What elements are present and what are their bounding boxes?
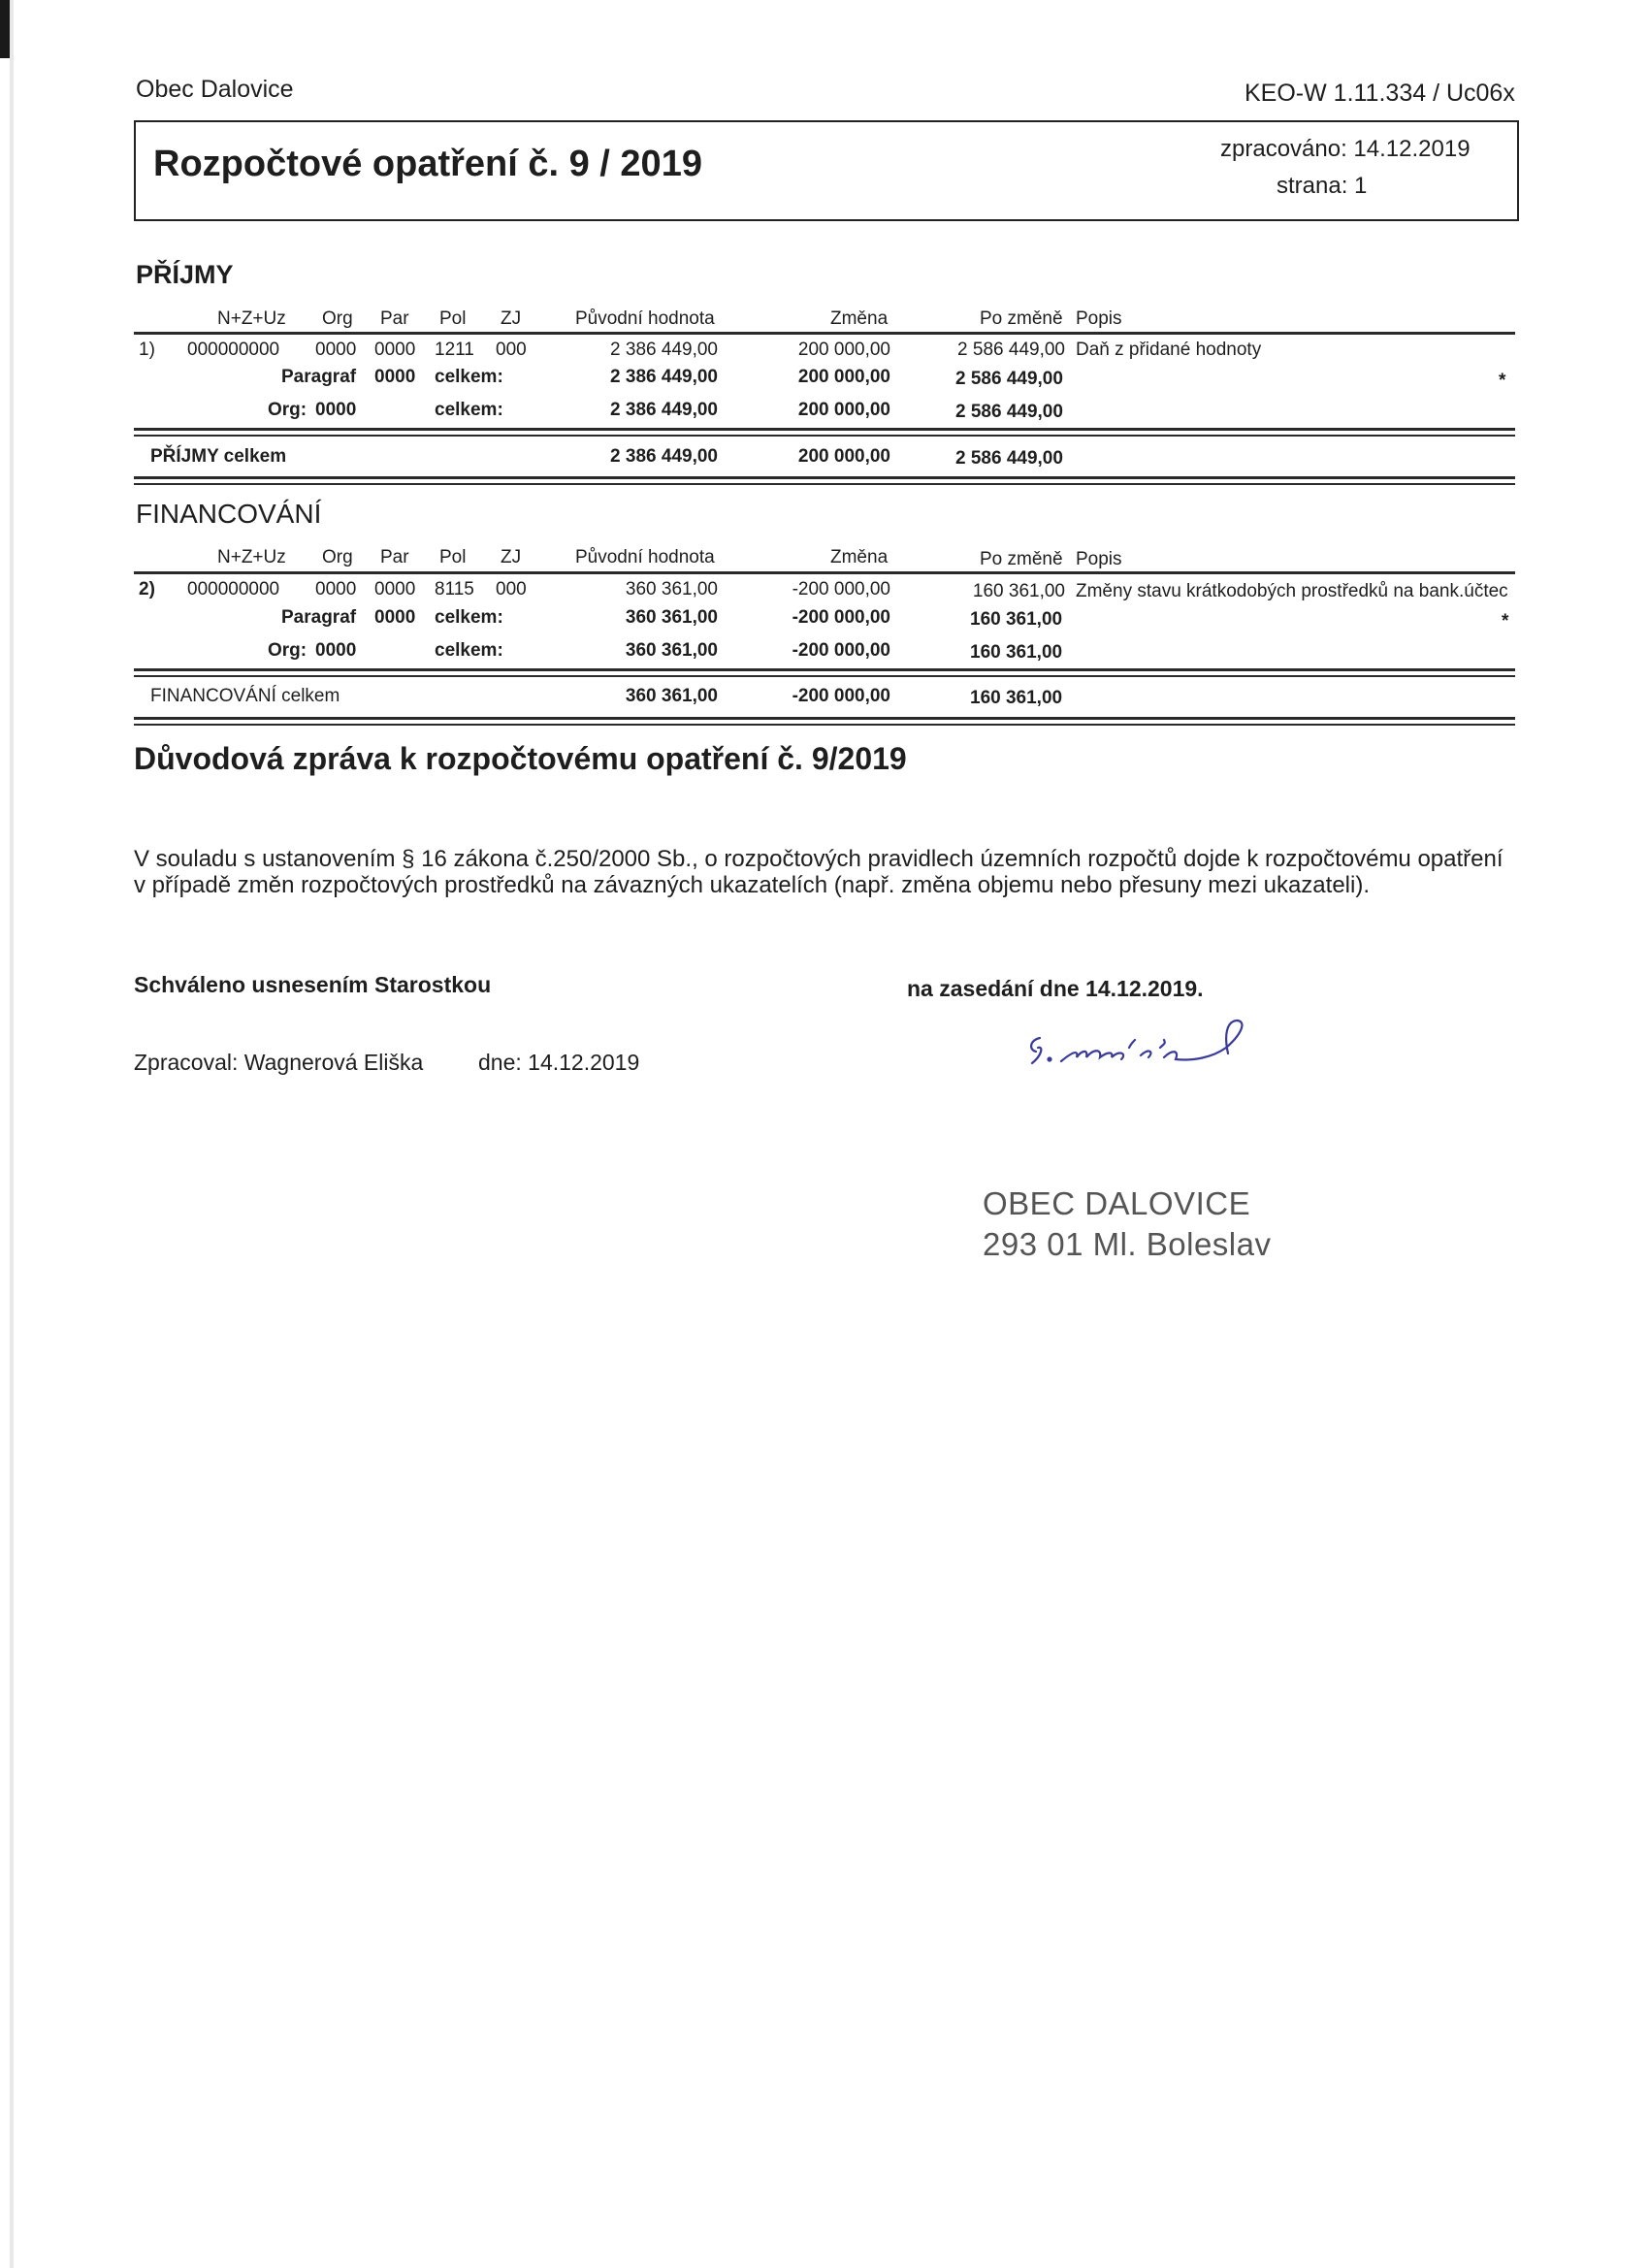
- paragraf-code: 0000: [374, 607, 415, 629]
- row-zj: 000: [496, 340, 527, 361]
- col-zj: ZJ: [501, 308, 521, 330]
- section-total-after: 2 586 449,00: [955, 448, 1063, 470]
- org-original: 360 361,00: [543, 640, 718, 662]
- paragraf-change: -200 000,00: [718, 607, 890, 629]
- divider: [134, 483, 1515, 485]
- celkem-label: celkem:: [435, 640, 503, 662]
- processed-date: zpracováno: 14.12.2019: [1220, 136, 1471, 163]
- org-change: -200 000,00: [718, 640, 890, 662]
- col-change: Změna: [830, 547, 888, 568]
- col-original: Původní hodnota: [575, 547, 715, 568]
- section-total-change: -200 000,00: [718, 686, 890, 707]
- col-org: Org: [322, 308, 353, 330]
- org-label: Org:: [268, 400, 307, 421]
- section-total-change: 200 000,00: [718, 446, 890, 468]
- paragraf-after: 2 586 449,00: [955, 369, 1063, 390]
- row-par: 0000: [374, 340, 415, 361]
- paragraf-original: 2 386 449,00: [543, 367, 718, 388]
- col-after: Po změně: [980, 308, 1063, 330]
- divider: [134, 428, 1515, 431]
- row-nzuz: 000000000: [187, 579, 279, 600]
- row-index: 2): [139, 579, 155, 600]
- col-change: Změna: [830, 308, 888, 330]
- row-org: 0000: [315, 579, 356, 600]
- section-total-after: 160 361,00: [970, 688, 1062, 709]
- stamp-line2: 293 01 Ml. Boleslav: [983, 1226, 1272, 1263]
- row-change: 200 000,00: [718, 340, 890, 361]
- col-description: Popis: [1076, 549, 1122, 570]
- row-original: 360 361,00: [543, 579, 718, 600]
- organization-name: Obec Dalovice: [136, 76, 294, 104]
- row-after: 2 586 449,00: [890, 340, 1065, 361]
- row-change: -200 000,00: [718, 579, 890, 600]
- org-after: 160 361,00: [970, 642, 1062, 664]
- org-after: 2 586 449,00: [955, 402, 1063, 423]
- col-org: Org: [322, 547, 353, 568]
- paragraf-label: Paragraf: [281, 367, 356, 388]
- meeting-date: na zasedání dne 14.12.2019.: [907, 976, 1204, 1002]
- celkem-label: celkem:: [435, 400, 503, 421]
- col-par: Par: [380, 547, 409, 568]
- org-code: 0000: [315, 400, 356, 421]
- divider: [134, 717, 1515, 720]
- paragraf-original: 360 361,00: [543, 607, 718, 629]
- scan-edge-shadow: [10, 0, 14, 2268]
- row-description: Daň z přidané hodnoty: [1076, 340, 1261, 361]
- row-nzuz: 000000000: [187, 340, 279, 361]
- asterisk-mark: *: [1502, 611, 1508, 632]
- page-number: strana: 1: [1277, 173, 1367, 200]
- row-description: Změny stavu krátkodobých prostředků na b…: [1076, 581, 1508, 602]
- org-change: 200 000,00: [718, 400, 890, 421]
- prepared-by: Zpracoval: Wagnerová Eliška: [134, 1050, 423, 1076]
- page-value: 1: [1354, 173, 1367, 199]
- celkem-label: celkem:: [435, 367, 503, 388]
- divider: [134, 668, 1515, 671]
- prepared-date: dne: 14.12.2019: [478, 1050, 639, 1076]
- celkem-label: celkem:: [435, 607, 503, 629]
- row-zj: 000: [496, 579, 527, 600]
- processed-label: zpracováno:: [1220, 136, 1347, 162]
- col-description: Popis: [1076, 308, 1122, 330]
- section-total-original: 2 386 449,00: [543, 446, 718, 468]
- paragraf-after: 160 361,00: [970, 609, 1062, 631]
- section-title-prijmy: PŘÍJMY: [136, 260, 234, 290]
- org-label: Org:: [268, 640, 307, 662]
- divider: [134, 675, 1515, 677]
- scan-edge: [0, 0, 10, 58]
- col-nzuz: N+Z+Uz: [217, 308, 286, 330]
- section-total-label: FINANCOVÁNÍ celkem: [150, 686, 339, 707]
- section-total-label: PŘÍJMY celkem: [150, 446, 286, 468]
- justification-text: V souladu s ustanovením § 16 zákona č.25…: [134, 846, 1511, 898]
- row-pol: 1211: [435, 340, 474, 361]
- section-total-original: 360 361,00: [543, 686, 718, 707]
- divider: [134, 476, 1515, 479]
- row-original: 2 386 449,00: [543, 340, 718, 361]
- section-title-financovani: FINANCOVÁNÍ: [136, 499, 321, 530]
- col-pol: Pol: [439, 308, 466, 330]
- col-pol: Pol: [439, 547, 466, 568]
- software-version: KEO-W 1.11.334 / Uc06x: [1245, 80, 1515, 108]
- org-code: 0000: [315, 640, 356, 662]
- col-after: Po změně: [980, 549, 1063, 570]
- divider: [134, 724, 1515, 726]
- col-nzuz: N+Z+Uz: [217, 547, 286, 568]
- signature-icon: [1018, 1009, 1271, 1077]
- divider: [134, 332, 1515, 335]
- row-par: 0000: [374, 579, 415, 600]
- divider: [134, 435, 1515, 437]
- paragraf-label: Paragraf: [281, 607, 356, 629]
- row-org: 0000: [315, 340, 356, 361]
- paragraf-change: 200 000,00: [718, 367, 890, 388]
- stamp-line1: OBEC DALOVICE: [983, 1185, 1250, 1222]
- row-pol: 8115: [435, 579, 474, 600]
- col-zj: ZJ: [501, 547, 521, 568]
- col-par: Par: [380, 308, 409, 330]
- document-title: Rozpočtové opatření č. 9 / 2019: [153, 144, 702, 185]
- paragraf-code: 0000: [374, 367, 415, 388]
- asterisk-mark: *: [1499, 371, 1505, 392]
- row-index: 1): [139, 340, 155, 361]
- divider: [134, 571, 1515, 574]
- page-label: strana:: [1277, 173, 1347, 199]
- justification-title: Důvodová zpráva k rozpočtovému opatření …: [134, 741, 907, 777]
- row-after: 160 361,00: [890, 581, 1065, 602]
- processed-value: 14.12.2019: [1353, 136, 1470, 162]
- approved-by: Schváleno usnesením Starostkou: [134, 972, 491, 998]
- col-original: Původní hodnota: [575, 308, 715, 330]
- org-original: 2 386 449,00: [543, 400, 718, 421]
